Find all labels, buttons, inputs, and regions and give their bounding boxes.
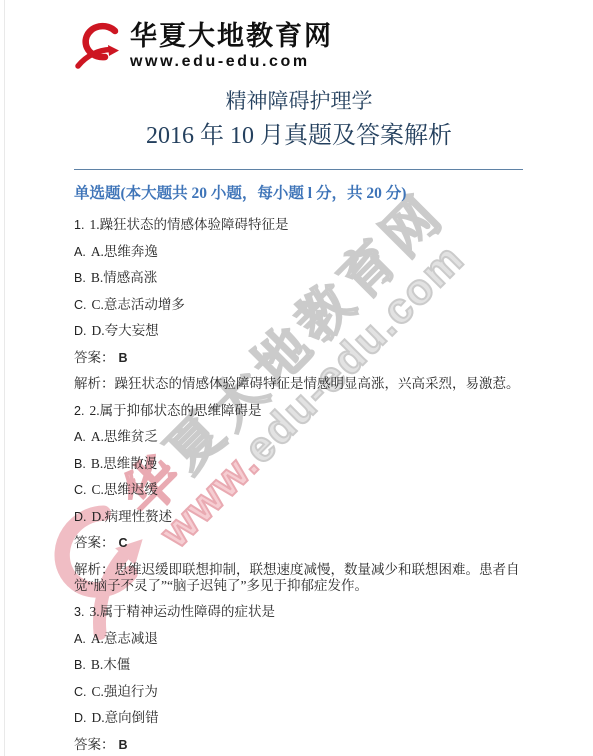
answer-value: B bbox=[119, 351, 128, 365]
brand-header: 华夏大地教育网 www.edu-edu.com bbox=[73, 20, 333, 74]
doc-title: 精神障碍护理学 bbox=[74, 88, 524, 114]
answer-label: 答案： bbox=[74, 535, 115, 550]
page-edge-line bbox=[4, 0, 5, 756]
option-line: A.A.思维奔逸 bbox=[74, 244, 526, 260]
option-marker: A. bbox=[74, 245, 86, 259]
option-marker: B. bbox=[74, 658, 86, 672]
analysis-line: 解析：躁狂状态的情感体验障碍特征是情感明显高涨，兴高采烈，易激惹。 bbox=[74, 376, 526, 392]
option-marker: D. bbox=[74, 510, 87, 524]
question-text: 1.躁狂状态的情感体验障碍特征是 bbox=[89, 217, 288, 232]
answer-line: 答案：B bbox=[74, 350, 526, 366]
question-number: 1. bbox=[74, 218, 84, 232]
answer-label: 答案： bbox=[74, 350, 115, 365]
option-text: B.情感高涨 bbox=[91, 270, 157, 285]
option-text: B.思维散漫 bbox=[91, 456, 157, 471]
question-number: 3. bbox=[74, 605, 84, 619]
option-marker: A. bbox=[74, 632, 86, 646]
option-text: B.木僵 bbox=[91, 657, 130, 672]
analysis-line: 解析：思维迟缓即联想抑制，联想速度减慢，数量减少和联想困难。患者自觉“脑子不灵了… bbox=[74, 562, 526, 594]
brand-url: www.edu-edu.com bbox=[130, 52, 333, 72]
doc-titles: 精神障碍护理学 2016 年 10 月真题及答案解析 bbox=[74, 88, 524, 151]
option-text: C.思维迟缓 bbox=[92, 482, 158, 497]
question-text: 3.属于精神运动性障碍的症状是 bbox=[89, 604, 275, 619]
option-text: A.意志减退 bbox=[91, 631, 158, 646]
analysis-text: 躁狂状态的情感体验障碍特征是情感明显高涨，兴高采烈，易激惹。 bbox=[115, 376, 520, 391]
question-stem: 3.3.属于精神运动性障碍的症状是 bbox=[74, 604, 526, 620]
analysis-label: 解析： bbox=[74, 376, 115, 391]
document-page: 华夏大地教育网 www.edu-edu.com 华夏大地教育网 www.edu-… bbox=[0, 0, 593, 756]
option-line: B.B.木僵 bbox=[74, 657, 526, 673]
option-marker: B. bbox=[74, 457, 86, 471]
question-stem: 2.2.属于抑郁状态的思维障碍是 bbox=[74, 403, 526, 419]
option-marker: C. bbox=[74, 298, 87, 312]
title-divider bbox=[74, 169, 523, 170]
brand-text: 华夏大地教育网 www.edu-edu.com bbox=[130, 20, 333, 74]
option-text: A.思维贫乏 bbox=[91, 429, 158, 444]
doc-subtitle: 2016 年 10 月真题及答案解析 bbox=[74, 121, 524, 151]
option-line: A.A.意志减退 bbox=[74, 631, 526, 647]
question-block: 3.3.属于精神运动性障碍的症状是 A.A.意志减退 B.B.木僵 C.C.强迫… bbox=[74, 604, 526, 753]
exam-content: 单选题(本大题共 20 小题，每小题 l 分，共 20 分) 1.1.躁狂状态的… bbox=[74, 184, 526, 756]
question-number: 2. bbox=[74, 404, 84, 418]
option-text: C.强迫行为 bbox=[92, 684, 158, 699]
option-text: D.夸大妄想 bbox=[92, 323, 159, 338]
option-marker: C. bbox=[74, 483, 87, 497]
option-line: C.C.强迫行为 bbox=[74, 684, 526, 700]
option-line: B.B.情感高涨 bbox=[74, 270, 526, 286]
brand-name: 华夏大地教育网 bbox=[130, 20, 333, 52]
option-line: D.D.意向倒错 bbox=[74, 710, 526, 726]
option-line: A.A.思维贫乏 bbox=[74, 429, 526, 445]
option-text: A.思维奔逸 bbox=[91, 244, 158, 259]
answer-line: 答案：B bbox=[74, 737, 526, 753]
answer-value: C bbox=[119, 536, 128, 550]
analysis-label: 解析： bbox=[74, 562, 115, 577]
answer-value: B bbox=[119, 738, 128, 752]
question-block: 1.1.躁狂状态的情感体验障碍特征是 A.A.思维奔逸 B.B.情感高涨 C.C… bbox=[74, 217, 526, 392]
answer-line: 答案：C bbox=[74, 535, 526, 551]
question-text: 2.属于抑郁状态的思维障碍是 bbox=[89, 403, 261, 418]
option-marker: B. bbox=[74, 271, 86, 285]
option-marker: D. bbox=[74, 711, 87, 725]
answer-label: 答案： bbox=[74, 737, 115, 752]
option-marker: A. bbox=[74, 430, 86, 444]
option-text: C.意志活动增多 bbox=[92, 297, 185, 312]
option-line: C.C.意志活动增多 bbox=[74, 297, 526, 313]
option-line: C.C.思维迟缓 bbox=[74, 482, 526, 498]
question-stem: 1.1.躁狂状态的情感体验障碍特征是 bbox=[74, 217, 526, 233]
question-block: 2.2.属于抑郁状态的思维障碍是 A.A.思维贫乏 B.B.思维散漫 C.C.思… bbox=[74, 403, 526, 594]
option-line: B.B.思维散漫 bbox=[74, 456, 526, 472]
section-heading: 单选题(本大题共 20 小题，每小题 l 分，共 20 分) bbox=[74, 184, 526, 204]
option-text: D.意向倒错 bbox=[92, 710, 159, 725]
analysis-text: 思维迟缓即联想抑制，联想速度减慢，数量减少和联想困难。患者自觉“脑子不灵了”“脑… bbox=[74, 562, 520, 593]
option-marker: D. bbox=[74, 324, 87, 338]
option-line: D.D.夸大妄想 bbox=[74, 323, 526, 339]
brand-logo-icon bbox=[73, 20, 123, 74]
option-line: D.D.病理性赘述 bbox=[74, 509, 526, 525]
option-marker: C. bbox=[74, 685, 87, 699]
option-text: D.病理性赘述 bbox=[92, 509, 173, 524]
